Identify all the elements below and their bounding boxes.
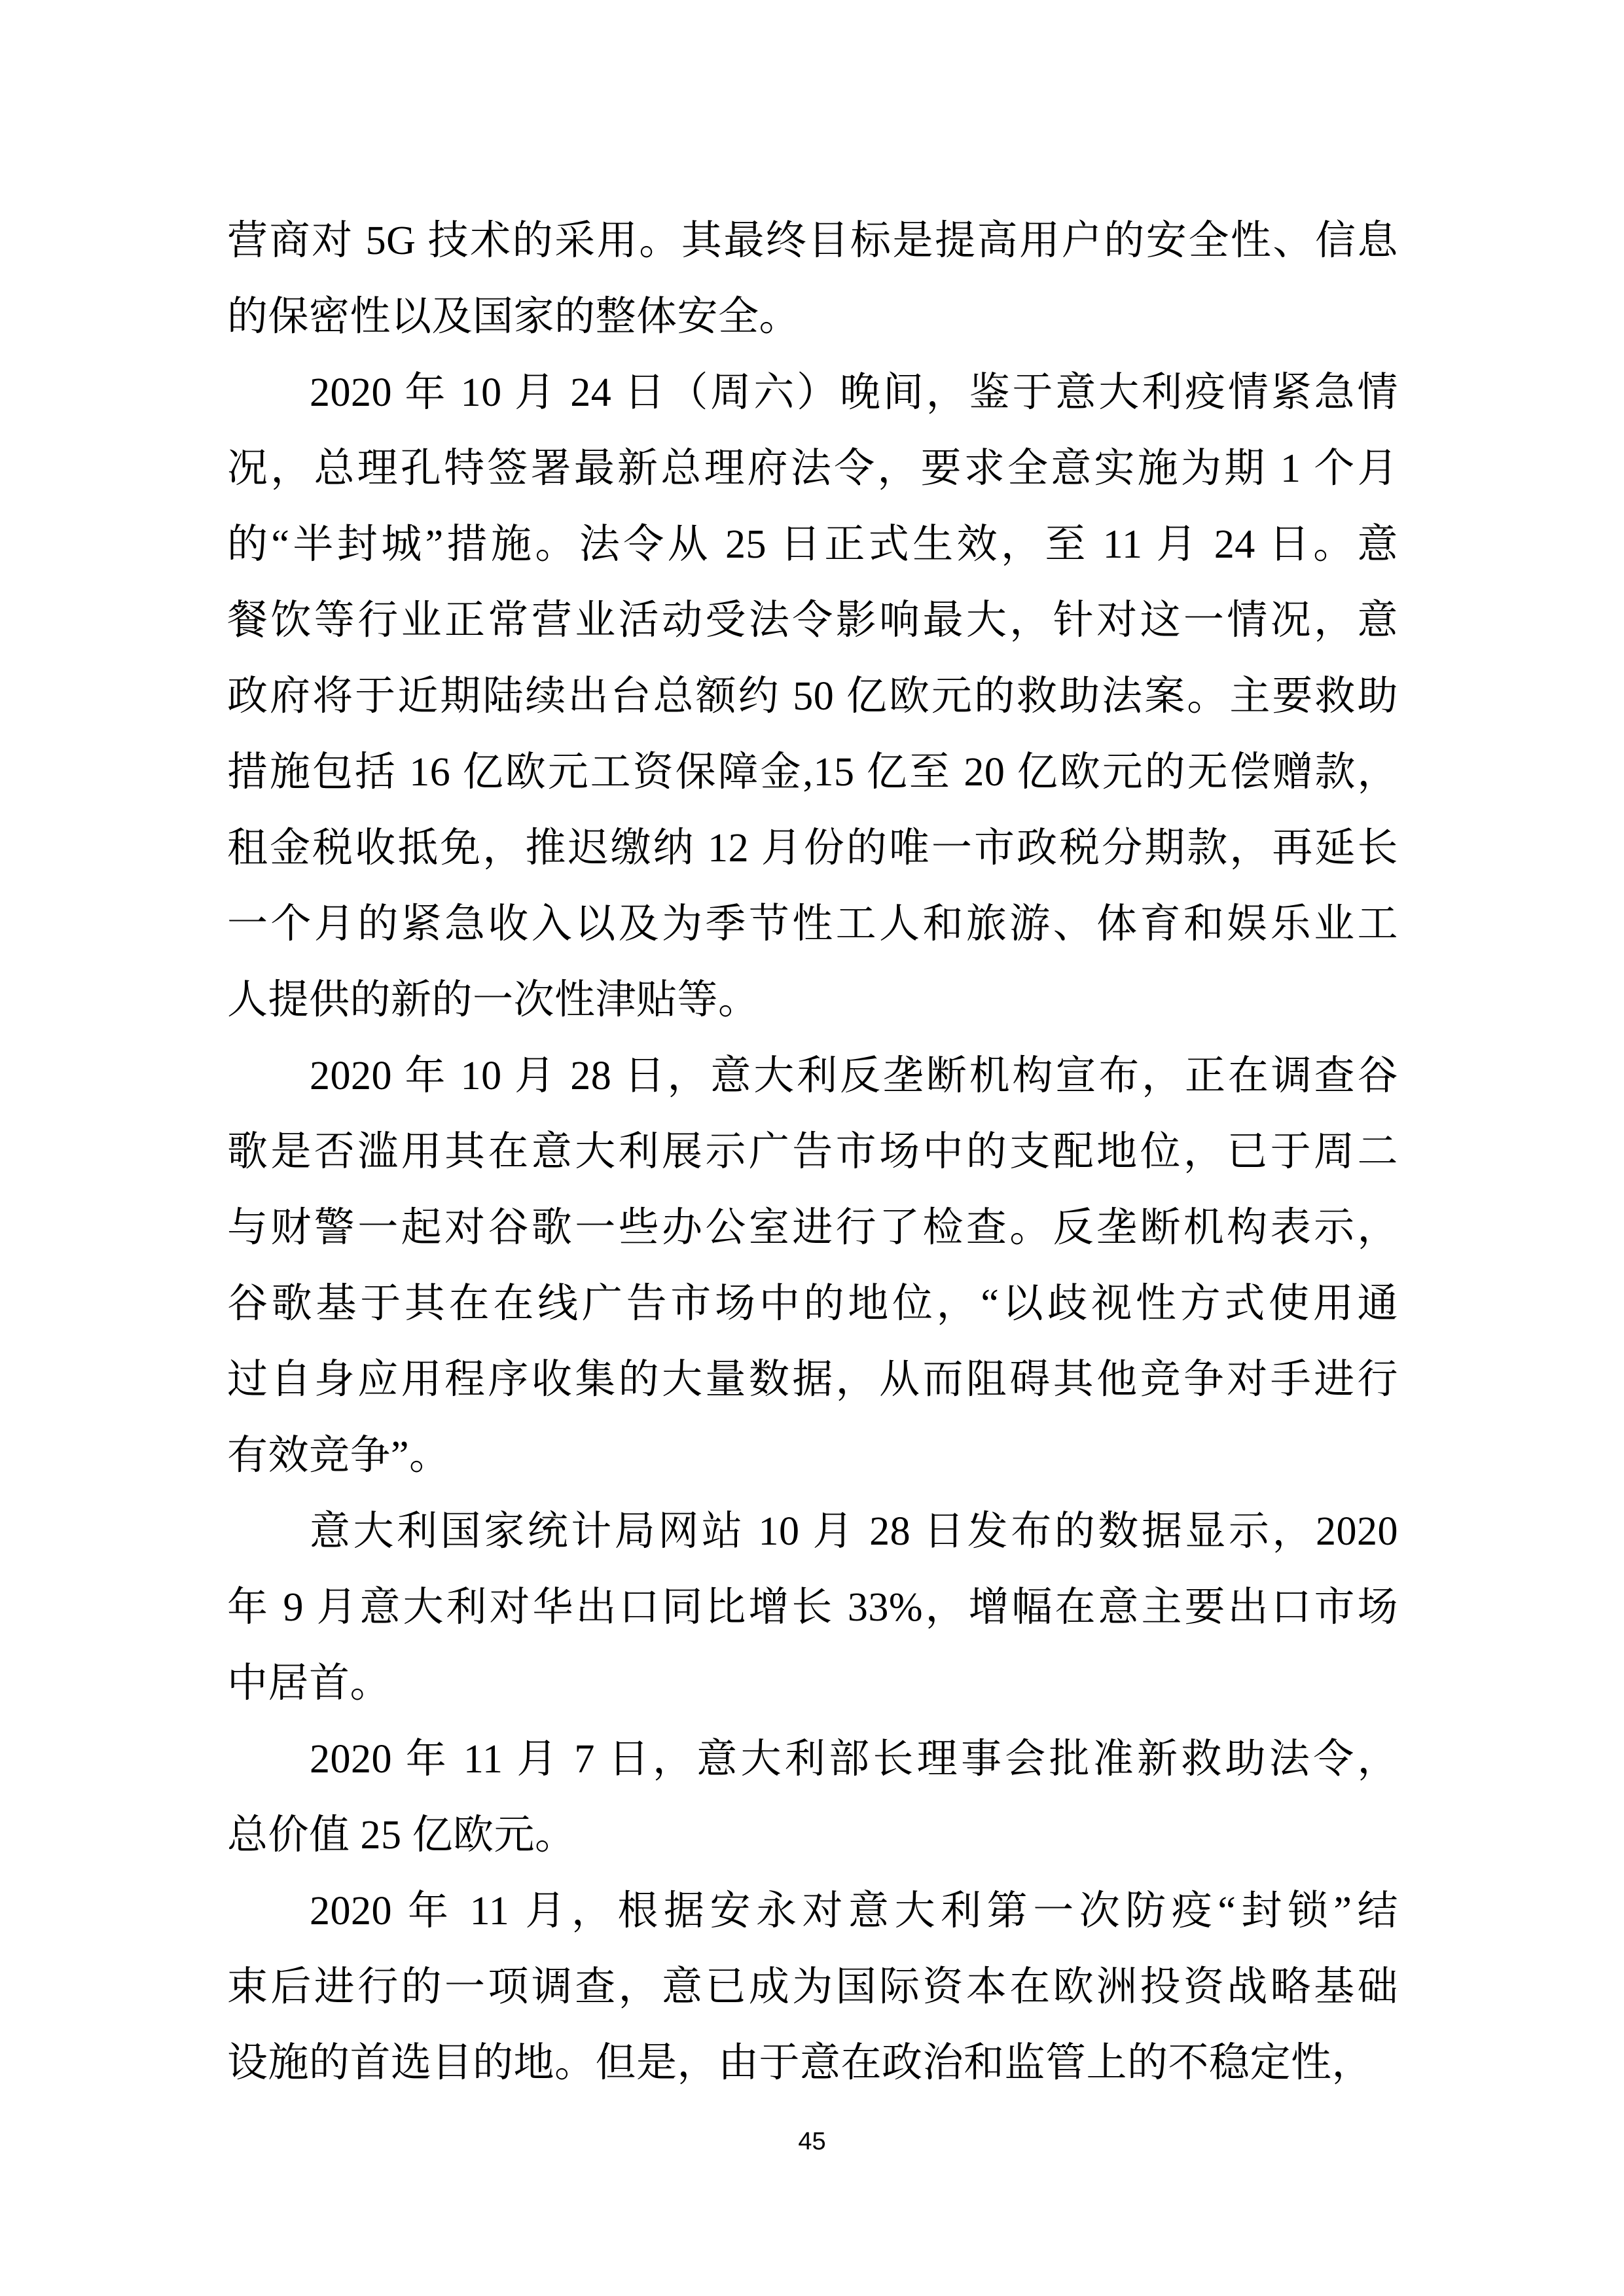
text-line: 与财警一起对谷歌一些办公室进行了检查。反垄断机构表示， [227,1190,1398,1266]
text-line: 总价值 25 亿欧元。 [227,1797,1398,1873]
paragraph: 2020 年 10 月 24 日（周六）晚间，鉴于意大利疫情紧急情况，总理孔特签… [227,355,1398,1038]
text-line: 措施包括 16 亿欧元工资保障金,15 亿至 20 亿欧元的无偿赠款， [227,734,1398,810]
text-line: 2020 年 11 月，根据安永对意大利第一次防疫“封锁”结 [227,1873,1398,1949]
text-line: 中居首。 [227,1645,1398,1721]
text-line: 人提供的新的一次性津贴等。 [227,962,1398,1038]
page-number: 45 [0,2126,1624,2157]
document-page: 营商对 5G 技术的采用。其最终目标是提高用户的安全性、信息的保密性以及国家的整… [0,0,1624,2296]
text-line: 年 9 月意大利对华出口同比增长 33%，增幅在意主要出口市场 [227,1570,1398,1645]
text-line: 2020 年 10 月 24 日（周六）晚间，鉴于意大利疫情紧急情 [227,355,1398,431]
text-line: 营商对 5G 技术的采用。其最终目标是提高用户的安全性、信息 [227,203,1398,279]
text-line: 餐饮等行业正常营业活动受法令影响最大，针对这一情况，意 [227,583,1398,658]
text-line: 歌是否滥用其在意大利展示广告市场中的支配地位，已于周二 [227,1114,1398,1190]
paragraph: 营商对 5G 技术的采用。其最终目标是提高用户的安全性、信息的保密性以及国家的整… [227,203,1398,355]
paragraph: 意大利国家统计局网站 10 月 28 日发布的数据显示，2020年 9 月意大利… [227,1494,1398,1721]
paragraph: 2020 年 10 月 28 日，意大利反垄断机构宣布，正在调查谷歌是否滥用其在… [227,1038,1398,1494]
text-line: 租金税收抵免，推迟缴纳 12 月份的唯一市政税分期款，再延长 [227,810,1398,886]
paragraph: 2020 年 11 月 7 日，意大利部长理事会批准新救助法令，总价值 25 亿… [227,1721,1398,1873]
text-line: 设施的首选目的地。但是，由于意在政治和监管上的不稳定性， [227,2025,1398,2101]
text-line: 政府将于近期陆续出台总额约 50 亿欧元的救助法案。主要救助 [227,658,1398,734]
body-text: 营商对 5G 技术的采用。其最终目标是提高用户的安全性、信息的保密性以及国家的整… [227,203,1398,2101]
text-line: 的“半封城”措施。法令从 25 日正式生效，至 11 月 24 日。意 [227,507,1398,583]
text-line: 况，总理孔特签署最新总理府法令，要求全意实施为期 1 个月 [227,431,1398,507]
text-line: 有效竞争”。 [227,1418,1398,1494]
text-line: 一个月的紧急收入以及为季节性工人和旅游、体育和娱乐业工 [227,886,1398,962]
text-line: 束后进行的一项调查，意已成为国际资本在欧洲投资战略基础 [227,1949,1398,2025]
text-line: 2020 年 11 月 7 日，意大利部长理事会批准新救助法令， [227,1721,1398,1797]
text-line: 2020 年 10 月 28 日，意大利反垄断机构宣布，正在调查谷 [227,1038,1398,1114]
paragraph: 2020 年 11 月，根据安永对意大利第一次防疫“封锁”结束后进行的一项调查，… [227,1873,1398,2101]
text-line: 的保密性以及国家的整体安全。 [227,279,1398,355]
text-line: 过自身应用程序收集的大量数据，从而阻碍其他竞争对手进行 [227,1342,1398,1418]
text-line: 谷歌基于其在在线广告市场中的地位，“以歧视性方式使用通 [227,1266,1398,1342]
text-line: 意大利国家统计局网站 10 月 28 日发布的数据显示，2020 [227,1494,1398,1570]
